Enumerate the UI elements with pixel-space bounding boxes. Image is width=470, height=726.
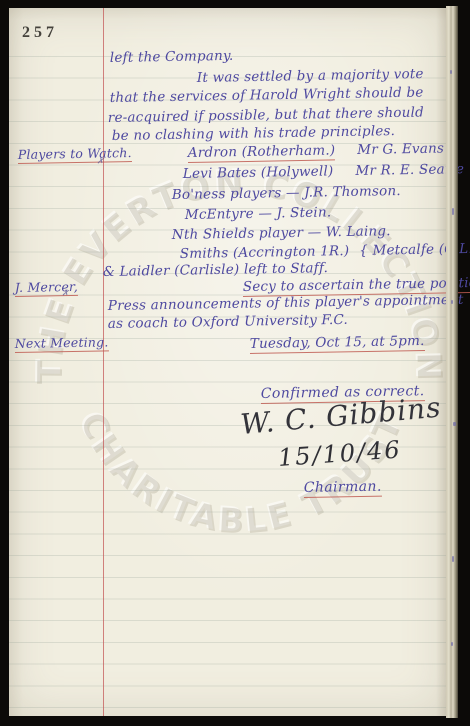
ink-speck [451, 642, 453, 646]
handwriting-line: Nth Shields player — W. Laing. [172, 223, 391, 243]
handwriting-line: left the Company. [110, 48, 234, 66]
handwriting-line: McEntyre — J. Stein. [185, 204, 332, 223]
handwriting-line: Levi Bates (Holywell)Mr R. E. Searle [183, 161, 465, 182]
handwriting-line: that the services of Harold Wright shoul… [110, 85, 424, 106]
ink-speck [452, 208, 454, 215]
red-margin-line [103, 8, 104, 716]
page-number-stamp: 257 [22, 24, 58, 42]
handwriting-line: Bo'ness players — J.R. Thomson. [172, 183, 401, 203]
handwriting-line: & Laidler (Carlisle) left to Staff. [103, 260, 328, 280]
minute-book-photo: THE EVERTON COLLECTION THE EVERTON COLLE… [0, 0, 470, 726]
ink-speck [450, 70, 452, 74]
chairman-title: Chairman. [304, 479, 382, 498]
book-fore-edge [446, 6, 458, 718]
handwriting-line: Tuesday, Oct 15, at 5pm. [250, 333, 425, 354]
margin-note-players-to-watch: Players to Watch. [18, 145, 132, 164]
handwriting-line: Smiths (Accrington 1R.){ Metcalfe (O.L. … [180, 240, 470, 262]
handwriting-line: as coach to Oxford University F.C. [108, 312, 348, 332]
handwriting-line: It was settled by a majority vote [197, 66, 424, 86]
minute-book-page: THE EVERTON COLLECTION THE EVERTON COLLE… [9, 8, 446, 716]
signature-date: 15/10/46 [277, 435, 402, 472]
player-name: Levi Bates (Holywell) [183, 163, 334, 182]
margin-note-next-meeting: Next Meeting. [15, 334, 109, 353]
scout-name: Mr G. Evans [357, 141, 444, 159]
margin-check-mark: ✗ [61, 288, 71, 300]
handwriting-line: be no clashing with his trade principles… [112, 123, 395, 144]
ink-speck [453, 422, 456, 426]
handwriting-line: Ardron (Rotherham.)Mr G. Evans [188, 141, 445, 163]
next-meeting-date-underlined: Tuesday, Oct 15, at 5pm. [250, 333, 425, 354]
margin-check-mark: ✗ [96, 156, 106, 168]
handwriting-line: Press announcements of this player's app… [108, 292, 464, 314]
player-name-underlined: Ardron (Rotherham.) [188, 142, 336, 163]
ink-speck [451, 300, 453, 304]
ink-speck [452, 556, 454, 562]
